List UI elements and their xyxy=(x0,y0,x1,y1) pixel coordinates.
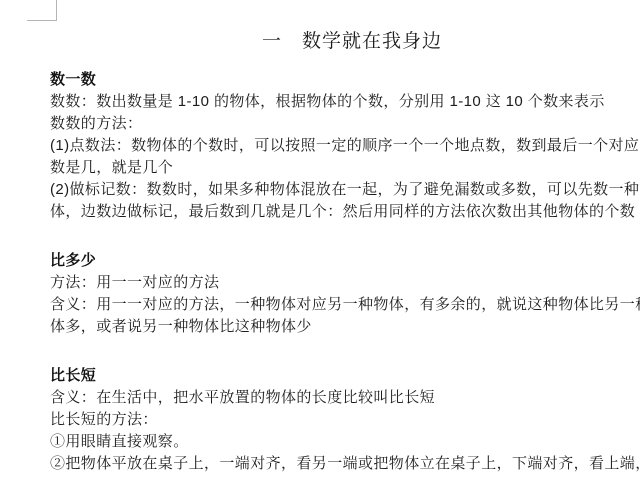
text-line: 方法：用一一对应的方法 xyxy=(50,272,640,294)
section-bi-chang-duan: 比长短 含义：在生活中，把水平放置的物体的长度比较叫比长短 比长短的方法： ①用… xyxy=(50,365,640,475)
section-shu-yi-shu: 数一数 数数：数出数量是 1-10 的物体，根据物体的个数，分别用 1-10 这… xyxy=(50,69,640,223)
text-line: 数数的方法： xyxy=(50,113,640,135)
text-line: 含义：在生活中，把水平放置的物体的长度比较叫比长短 xyxy=(50,387,640,409)
text-line: 比长短的方法： xyxy=(50,409,640,431)
text-line: 含义：用一一对应的方法，一种物体对应另一种物体，有多余的，就说这种物体比另一种 xyxy=(50,294,640,316)
text-line: 数是几，就是几个 xyxy=(50,157,640,179)
text-line: 体多，或者说另一种物体比这种物体少 xyxy=(50,316,640,338)
text-line: (1)点数法：数物体的个数时，可以按照一定的顺序一个一个地点数，数到最后一个对应 xyxy=(50,135,640,157)
section-heading: 比长短 xyxy=(50,365,640,387)
text-line: (2)做标记数：数数时，如果多种物体混放在一起，为了避免漏数或多数，可以先数一种 xyxy=(50,179,640,201)
text-line: ②把物体平放在桌子上，一端对齐，看另一端或把物体立在桌子上，下端对齐，看上端， xyxy=(50,453,640,475)
section-bi-duo-shao: 比多少 方法：用一一对应的方法 含义：用一一对应的方法，一种物体对应另一种物体，… xyxy=(50,250,640,338)
document-title: 一 数学就在我身边 xyxy=(50,30,640,54)
text-line: 体，边数边做标记，最后数到几就是几个：然后用同样的方法依次数出其他物体的个数 xyxy=(50,201,640,223)
section-heading: 比多少 xyxy=(50,250,640,272)
section-heading: 数一数 xyxy=(50,69,640,91)
text-line: 数数：数出数量是 1-10 的物体，根据物体的个数，分别用 1-10 这 10 … xyxy=(50,91,640,113)
document-text-area[interactable]: 一 数学就在我身边 数一数 数数：数出数量是 1-10 的物体，根据物体的个数，… xyxy=(50,0,640,475)
text-line: ①用眼睛直接观察。 xyxy=(50,431,640,453)
